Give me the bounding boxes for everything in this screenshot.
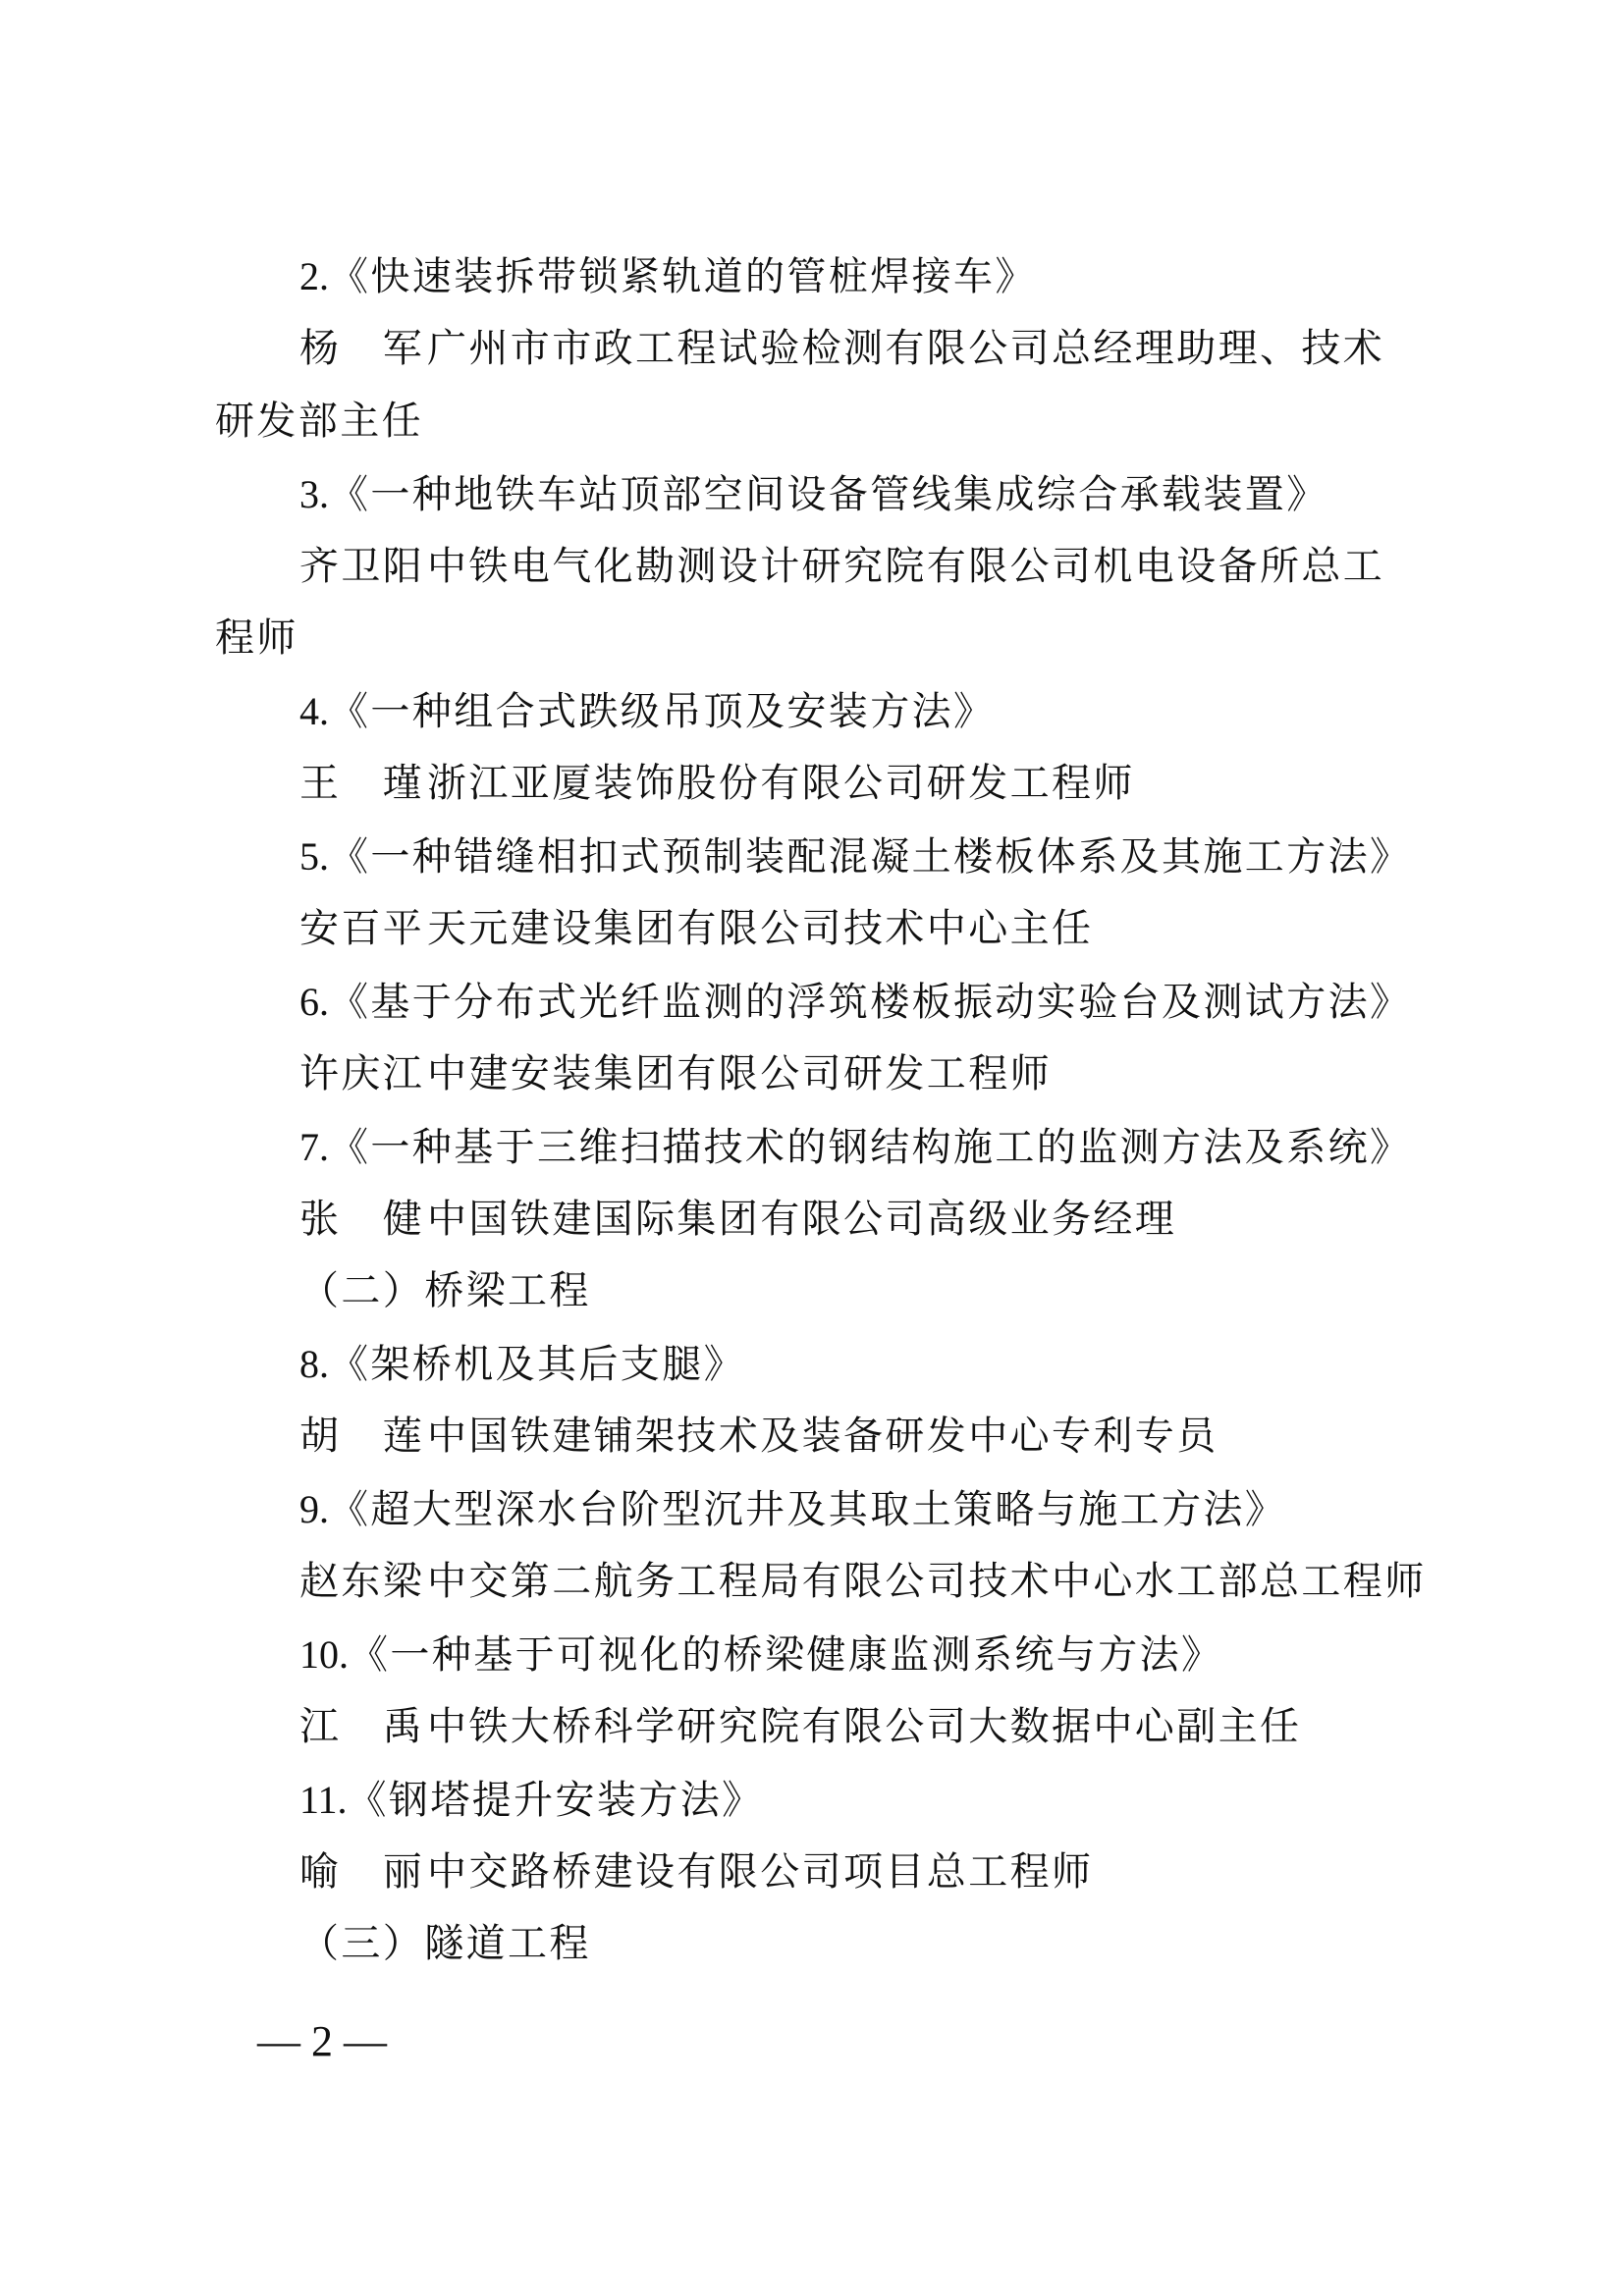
awardee-line: 胡 莲中国铁建铺架技术及装备研发中心专利专员 bbox=[215, 1401, 1408, 1473]
item-number: 9. bbox=[299, 1487, 329, 1531]
item-number: 7. bbox=[299, 1125, 329, 1169]
patent-title: 《一种基于三维扫描技术的钢结构施工的监测方法及系统》 bbox=[329, 1125, 1411, 1170]
awardee-name: 胡 莲 bbox=[299, 1401, 427, 1473]
awardee-name: 喻 丽 bbox=[299, 1837, 427, 1909]
item-number: 6. bbox=[299, 980, 329, 1024]
item-number: 8. bbox=[299, 1342, 329, 1386]
section-heading-bridge-engineering: （二）桥梁工程 bbox=[215, 1255, 1408, 1328]
awardee-line: 许庆江中建安装集团有限公司研发工程师 bbox=[215, 1039, 1408, 1111]
awardee-affiliation: 广州市市政工程试验检测有限公司总经理助理、技术 bbox=[427, 326, 1384, 371]
awardee-affiliation: 中国铁建铺架技术及装备研发中心专利专员 bbox=[427, 1414, 1218, 1459]
awardee-name: 安百平 bbox=[299, 893, 427, 966]
award-title-line: 2.《快速装拆带锁紧轨道的管桩焊接车》 bbox=[215, 240, 1408, 313]
awardee-line: 赵东梁中交第二航务工程局有限公司技术中心水工部总工程师 bbox=[215, 1546, 1408, 1619]
awardee-line: 喻 丽中交路桥建设有限公司项目总工程师 bbox=[215, 1837, 1408, 1909]
awardee-line: 齐卫阳中铁电气化勘测设计研究院有限公司机电设备所总工 bbox=[215, 531, 1408, 604]
award-title-line: 3.《一种地铁车站顶部空间设备管线集成综合承载装置》 bbox=[215, 458, 1408, 531]
awardee-affiliation: 中铁电气化勘测设计研究院有限公司机电设备所总工 bbox=[427, 544, 1384, 589]
award-title-line: 10.《一种基于可视化的桥梁健康监测系统与方法》 bbox=[215, 1619, 1408, 1691]
awardee-line: 王 瑾浙江亚厦装饰股份有限公司研发工程师 bbox=[215, 748, 1408, 821]
patent-title: 《超大型深水台阶型沉井及其取土策略与施工方法》 bbox=[329, 1487, 1286, 1532]
awardee-name: 王 瑾 bbox=[299, 748, 427, 821]
patent-title: 《一种基于可视化的桥梁健康监测系统与方法》 bbox=[349, 1632, 1222, 1678]
award-title-line: 9.《超大型深水台阶型沉井及其取土策略与施工方法》 bbox=[215, 1473, 1408, 1546]
awardee-line: 杨 军广州市市政工程试验检测有限公司总经理助理、技术 bbox=[215, 313, 1408, 386]
awardee-name: 杨 军 bbox=[299, 313, 427, 386]
award-title-line: 7.《一种基于三维扫描技术的钢结构施工的监测方法及系统》 bbox=[215, 1111, 1408, 1184]
patent-title: 《钢塔提升安装方法》 bbox=[348, 1778, 764, 1823]
awardee-name: 许庆江 bbox=[299, 1039, 427, 1111]
awardee-affiliation: 中交路桥建设有限公司项目总工程师 bbox=[427, 1849, 1093, 1895]
awardee-affiliation: 中铁大桥科学研究院有限公司大数据中心副主任 bbox=[427, 1704, 1301, 1749]
awardee-name: 江 禹 bbox=[299, 1691, 427, 1764]
item-number: 10. bbox=[299, 1632, 349, 1677]
item-number: 11. bbox=[299, 1778, 348, 1822]
awardee-affiliation-continued: 研发部主任 bbox=[215, 386, 1408, 458]
awardee-affiliation: 浙江亚厦装饰股份有限公司研发工程师 bbox=[427, 761, 1135, 806]
patent-title: 《架桥机及其后支腿》 bbox=[329, 1342, 745, 1387]
section-heading-tunnel-engineering: （三）隧道工程 bbox=[215, 1908, 1408, 1981]
awardee-affiliation: 中国铁建国际集团有限公司高级业务经理 bbox=[427, 1197, 1176, 1242]
patent-title: 《快速装拆带锁紧轨道的管桩焊接车》 bbox=[329, 254, 1037, 299]
awardee-line: 张 健中国铁建国际集团有限公司高级业务经理 bbox=[215, 1184, 1408, 1256]
awardee-name: 张 健 bbox=[299, 1184, 427, 1256]
awardee-affiliation: 中建安装集团有限公司研发工程师 bbox=[427, 1051, 1052, 1096]
award-title-line: 4.《一种组合式跌级吊顶及安装方法》 bbox=[215, 675, 1408, 748]
item-number: 3. bbox=[299, 472, 329, 516]
patent-title: 《一种组合式跌级吊顶及安装方法》 bbox=[329, 689, 995, 734]
award-title-line: 5.《一种错缝相扣式预制装配混凝土楼板体系及其施工方法》 bbox=[215, 821, 1408, 893]
document-body: 2.《快速装拆带锁紧轨道的管桩焊接车》 杨 军广州市市政工程试验检测有限公司总经… bbox=[215, 240, 1408, 1981]
award-title-line: 8.《架桥机及其后支腿》 bbox=[215, 1328, 1408, 1401]
awardee-name: 齐卫阳 bbox=[299, 531, 427, 604]
page-number: — 2 — bbox=[257, 2020, 387, 2063]
awardee-name: 赵东梁 bbox=[299, 1546, 427, 1619]
awardee-line: 安百平天元建设集团有限公司技术中心主任 bbox=[215, 893, 1408, 966]
awardee-line: 江 禹中铁大桥科学研究院有限公司大数据中心副主任 bbox=[215, 1691, 1408, 1764]
document-page: 2.《快速装拆带锁紧轨道的管桩焊接车》 杨 军广州市市政工程试验检测有限公司总经… bbox=[0, 0, 1624, 2296]
patent-title: 《一种地铁车站顶部空间设备管线集成综合承载装置》 bbox=[329, 472, 1328, 517]
item-number: 2. bbox=[299, 254, 329, 298]
awardee-affiliation-continued: 程师 bbox=[215, 603, 1408, 675]
awardee-affiliation: 中交第二航务工程局有限公司技术中心水工部总工程师 bbox=[427, 1559, 1427, 1604]
award-title-line: 11.《钢塔提升安装方法》 bbox=[215, 1764, 1408, 1837]
patent-title: 《一种错缝相扣式预制装配混凝土楼板体系及其施工方法》 bbox=[329, 834, 1411, 880]
item-number: 4. bbox=[299, 689, 329, 733]
awardee-affiliation: 天元建设集团有限公司技术中心主任 bbox=[427, 906, 1093, 951]
item-number: 5. bbox=[299, 834, 329, 879]
award-title-line: 6.《基于分布式光纤监测的浮筑楼板振动实验台及测试方法》 bbox=[215, 966, 1408, 1039]
patent-title: 《基于分布式光纤监测的浮筑楼板振动实验台及测试方法》 bbox=[329, 980, 1411, 1025]
